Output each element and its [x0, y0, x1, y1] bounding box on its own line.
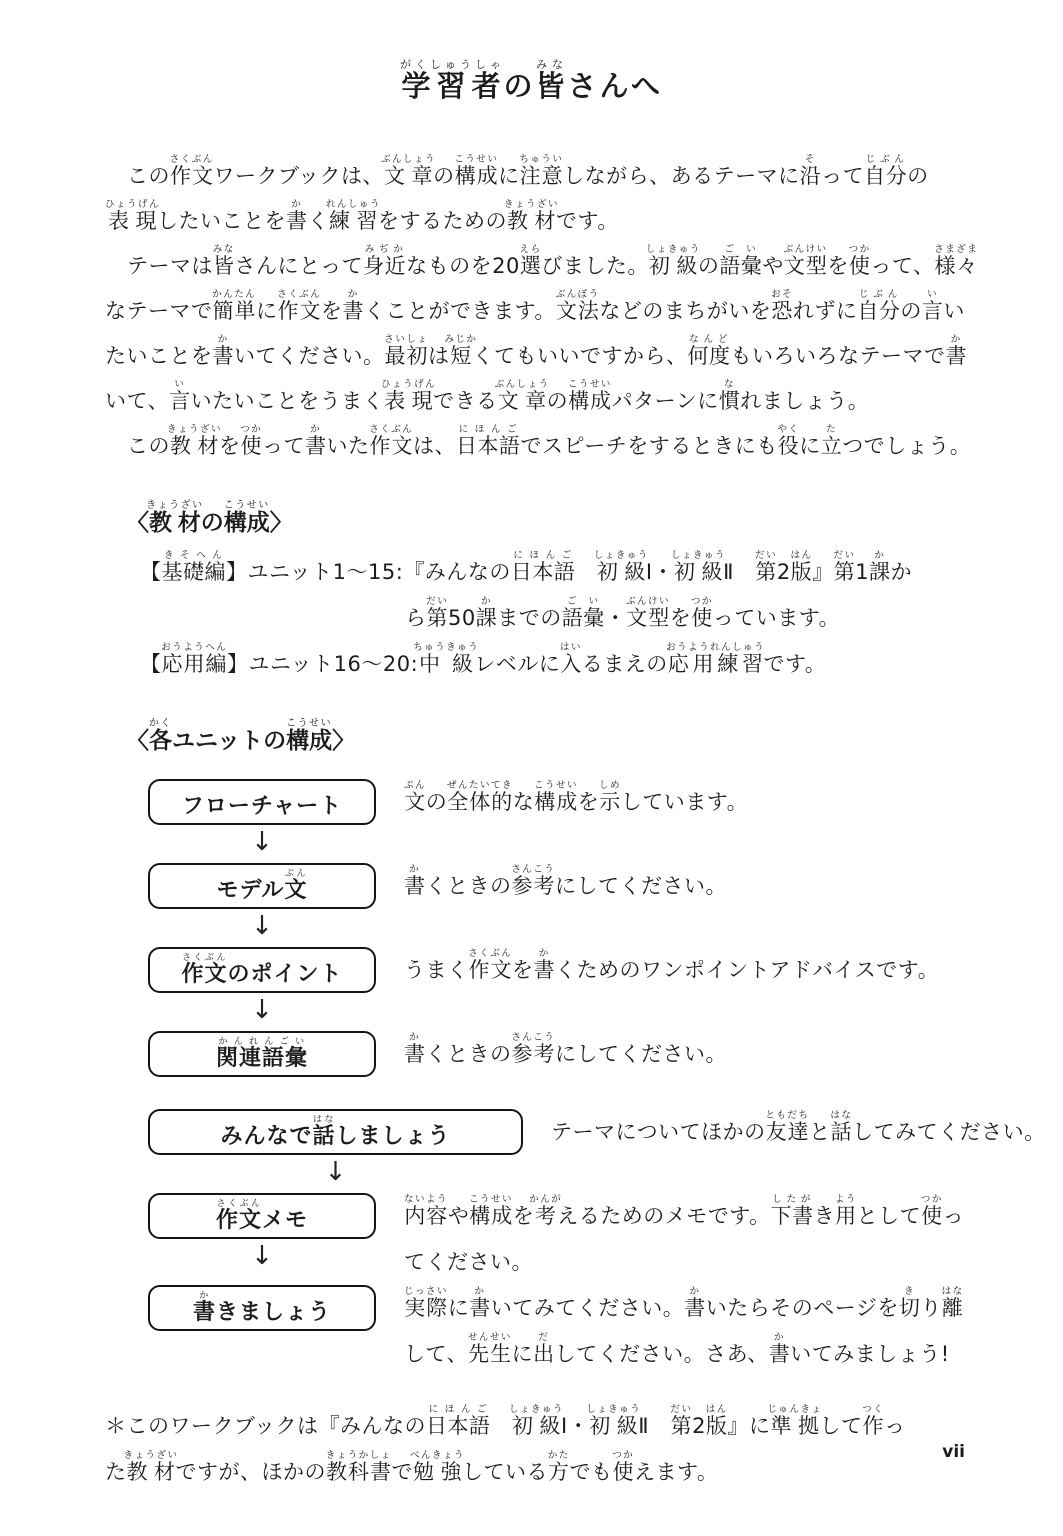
flow-step-desc: 書かくときの参考さんこうにしてください。 [404, 1031, 727, 1077]
flow-step-left: モデル文ぶん ↓ [148, 863, 376, 947]
flow-desc-line: 内容ないようや構成こうせいを考かんがえるためのメモです。下書したがき用ようとして… [404, 1193, 964, 1239]
intro-line: テーマは皆みなさんにとって身近みぢかなものを20選えらびました。初級しょきゅうの… [105, 244, 1063, 289]
flow-step-related-vocab: 関連語彙かんれんごい 書かくときの参考さんこうにしてください。 [148, 1031, 1063, 1077]
footnote-line: た教材きょうざいですが、ほかの教科書きょうかしょで勉強べんきょうしている方かたで… [105, 1449, 1063, 1495]
down-arrow-icon: ↓ [251, 909, 273, 947]
materials-item-line: ら第だい50課かまでの語彙ごい・文型ぶんけいを使つかっています。 [140, 595, 1063, 641]
down-arrow-icon: ↓ [251, 993, 273, 1031]
flow-step-left: 書かきましょう [148, 1285, 376, 1331]
flow-box-label: フローチャート [182, 796, 342, 818]
page: 学習者がくしゅうしゃの皆みなさんへ この作文さくぶんワークブックは、文章ぶんしょ… [0, 0, 1063, 1536]
intro-line: いて、言いいたいことをうまく表現ひょうげんできる文章ぶんしょうの構成こうせいパタ… [105, 379, 1063, 424]
flow-step-desc: テーマについてほかの友達ともだちと話はなしてみてください。 [551, 1109, 1046, 1155]
flow-step-desc: 文ぶんの全体的ぜんたいてきな構成こうせいを示しめしています。 [404, 779, 748, 825]
flow-step-desc: 内容ないようや構成こうせいを考かんがえるためのメモです。下書したがき用ようとして… [404, 1193, 964, 1285]
flow-desc-line: てください。 [404, 1239, 964, 1285]
intro-line: たいことを書かいてください。最初さいしょは短みじかくてもいいですから、何度なんど… [105, 334, 1063, 379]
materials-item-line: 【応用編おうようへん】ユニット16～20:中級ちゅうきゅうレベルに入はいるまえの… [140, 641, 1063, 687]
materials-section-heading: 〈教材きょうざいの構成こうせい〉 [126, 497, 1063, 549]
page-number: vii [942, 1442, 965, 1462]
flow-step-desc: 実際じっさいに書かいてみてください。書かいたらそのページを切きり離はな して、先… [404, 1285, 964, 1377]
flow-step-left: 関連語彙かんれんごい [148, 1031, 376, 1077]
down-arrow-icon: ↓ [325, 1155, 347, 1193]
intro-line: なテーマで簡単かんたんに作文さくぶんを書かくことができます。文法ぶんぽうなどのま… [105, 289, 1063, 334]
flow-box: みんなで話はなしましょう [148, 1109, 523, 1155]
flow-step-model-text: モデル文ぶん ↓ 書かくときの参考さんこうにしてください。 [148, 863, 1063, 947]
flow-step-lets-write: 書かきましょう 実際じっさいに書かいてみてください。書かいたらそのページを切きり… [148, 1285, 1063, 1377]
page-title: 学習者がくしゅうしゃの皆みなさんへ [0, 58, 1063, 112]
flow-desc-line: 書かくときの参考さんこうにしてください。 [404, 863, 727, 909]
flow-desc-line: 書かくときの参考さんこうにしてください。 [404, 1031, 727, 1077]
flow-box-label: 関連語彙かんれんごい [216, 1037, 308, 1070]
down-arrow-icon: ↓ [251, 1239, 273, 1277]
flow-box: フローチャート [148, 779, 376, 825]
flow-box-label: モデル文ぶん [217, 869, 308, 902]
intro-line: この作文さくぶんワークブックは、文章ぶんしょうの構成こうせいに注意ちゅういしなが… [105, 154, 1063, 199]
flow-box-label: 書かきましょう [193, 1291, 331, 1324]
flow-step-left: 作文さくぶんメモ ↓ [148, 1193, 376, 1277]
flow-box: 関連語彙かんれんごい [148, 1031, 376, 1077]
flow-gap [148, 1077, 1063, 1109]
flow-desc-line: うまく作文さくぶんを書かくためのワンポイントアドバイスです。 [404, 947, 939, 993]
intro-line: この教材きょうざいを使つかって書かいた作文さくぶんは、日本語にほんごでスピーチを… [105, 424, 1063, 469]
flow-step-desc: うまく作文さくぶんを書かくためのワンポイントアドバイスです。 [404, 947, 939, 993]
flow-desc-line: して、先生せんせいに出だしてください。さあ、書かいてみましょう! [404, 1331, 964, 1377]
unit-flowchart: フローチャート ↓ 文ぶんの全体的ぜんたいてきな構成こうせいを示しめしています。… [148, 779, 1063, 1377]
flow-step-desc: 書かくときの参考さんこうにしてください。 [404, 863, 727, 909]
flow-step-talk-together: みんなで話はなしましょう ↓ テーマについてほかの友達ともだちと話はなしてみてく… [148, 1109, 1063, 1193]
intro-line: 表現ひょうげんしたいことを書かく練習れんしゅうをするための教材きょうざいです。 [105, 199, 1063, 244]
down-arrow-icon: ↓ [251, 825, 273, 863]
flow-box: モデル文ぶん [148, 863, 376, 909]
intro-paragraphs: この作文さくぶんワークブックは、文章ぶんしょうの構成こうせいに注意ちゅういしなが… [105, 154, 1063, 469]
flow-box-label: みんなで話はなしましょう [220, 1115, 450, 1148]
flow-desc-line: テーマについてほかの友達ともだちと話はなしてみてください。 [551, 1109, 1046, 1155]
units-section-heading: 〈各かくユニットの構成こうせい〉 [126, 715, 1063, 767]
flow-step-writing-memo: 作文さくぶんメモ ↓ 内容ないようや構成こうせいを考かんがえるためのメモです。下… [148, 1193, 1063, 1285]
flow-step-writing-points: 作文さくぶんのポイント ↓ うまく作文さくぶんを書かくためのワンポイントアドバイ… [148, 947, 1063, 1031]
flow-step-left: 作文さくぶんのポイント ↓ [148, 947, 376, 1031]
flow-desc-line: 文ぶんの全体的ぜんたいてきな構成こうせいを示しめしています。 [404, 779, 748, 825]
flow-step-left: みんなで話はなしましょう ↓ [148, 1109, 523, 1193]
footnote-line: ＊このワークブックは『みんなの日本語にほんご 初級しょきゅうⅠ・初級しょきゅうⅡ… [105, 1403, 1063, 1449]
flow-box: 作文さくぶんメモ [148, 1193, 376, 1239]
flow-step-left: フローチャート ↓ [148, 779, 376, 863]
flow-step-flowchart: フローチャート ↓ 文ぶんの全体的ぜんたいてきな構成こうせいを示しめしています。 [148, 779, 1063, 863]
materials-item-line: 【基礎編きそへん】ユニット1～15:『みんなの日本語にほんご 初級しょきゅうⅠ・… [140, 549, 1063, 595]
flow-box-label: 作文さくぶんメモ [216, 1199, 308, 1232]
flow-desc-line: 実際じっさいに書かいてみてください。書かいたらそのページを切きり離はな [404, 1285, 964, 1331]
materials-list: 【基礎編きそへん】ユニット1～15:『みんなの日本語にほんご 初級しょきゅうⅠ・… [140, 549, 1063, 687]
flow-box: 書かきましょう [148, 1285, 376, 1331]
footnote: ＊このワークブックは『みんなの日本語にほんご 初級しょきゅうⅠ・初級しょきゅうⅡ… [105, 1403, 1063, 1495]
flow-box-label: 作文さくぶんのポイント [181, 953, 342, 986]
flow-box: 作文さくぶんのポイント [148, 947, 376, 993]
